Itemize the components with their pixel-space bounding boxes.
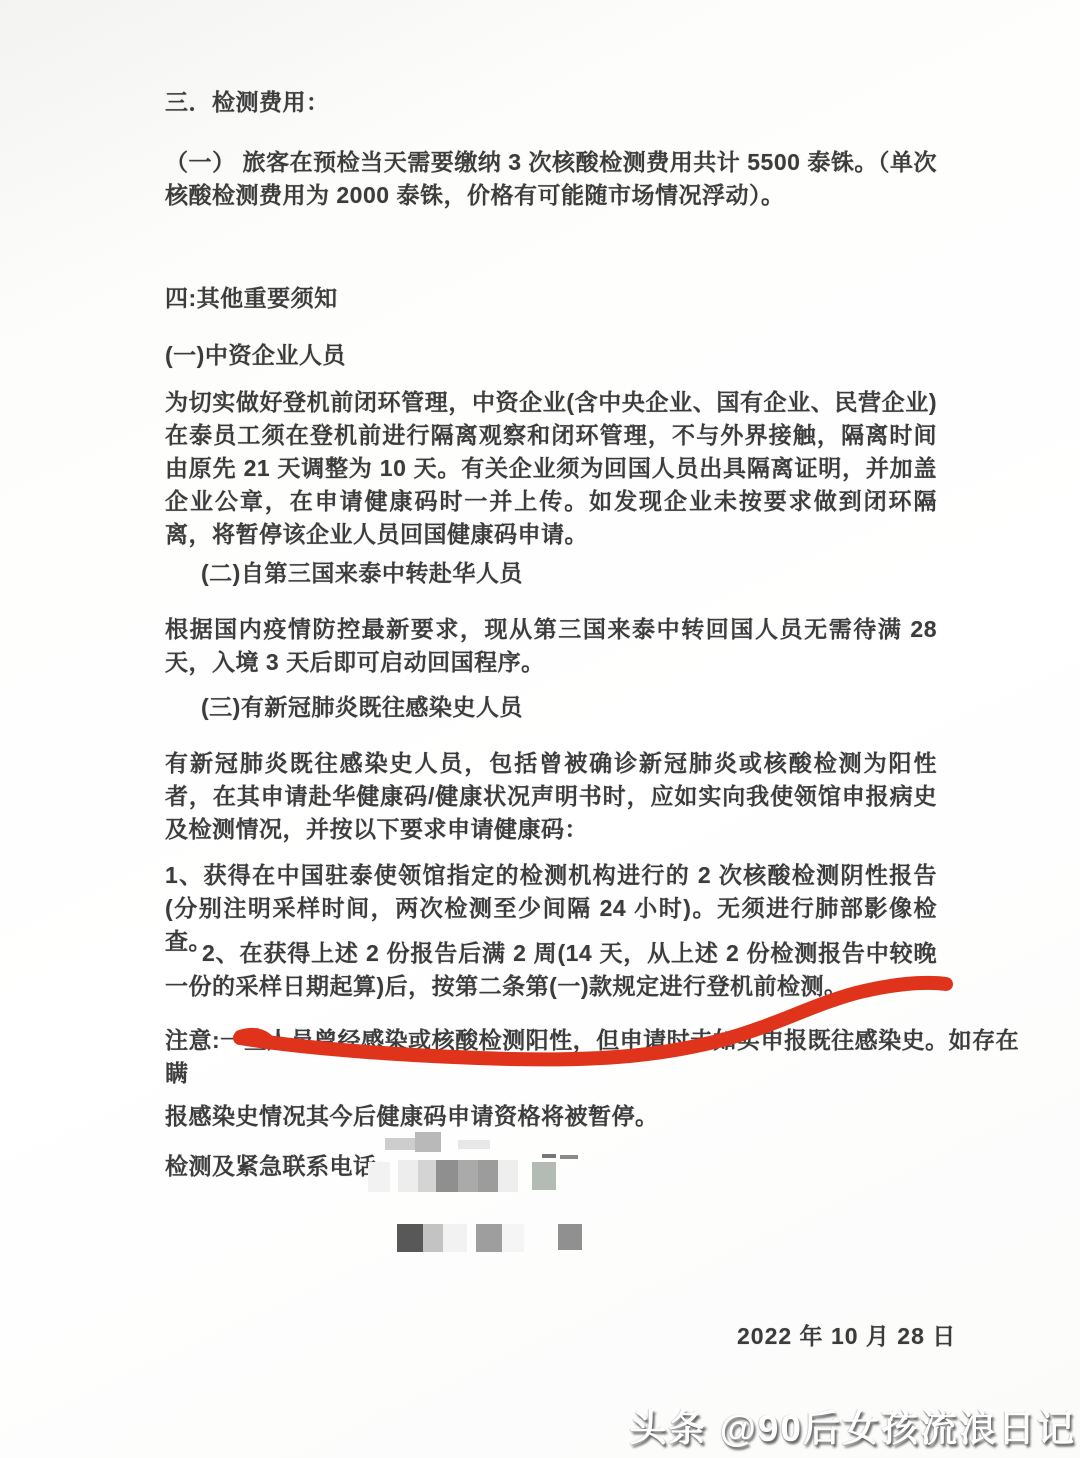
redaction-block xyxy=(458,1160,478,1192)
redaction-block xyxy=(436,1160,458,1192)
note-line-1-wrap: 瞒 xyxy=(165,1057,937,1090)
redaction-block xyxy=(415,1132,441,1152)
section4-sub1-heading: (一)中资企业人员 xyxy=(165,339,937,372)
redaction-block xyxy=(418,1160,436,1192)
redaction-block xyxy=(368,1162,390,1192)
redaction-block xyxy=(476,1224,502,1252)
redaction-block xyxy=(560,1155,578,1159)
section4-heading: 四:其他重要须知 xyxy=(165,282,937,315)
redaction-block xyxy=(397,1224,423,1252)
section4-sub1-paragraph: 为切实做好登机前闭环管理，中资企业(含中央企业、国有企业、民营企业)在泰员工须在… xyxy=(165,386,937,551)
note-line-1: 注意:一些人员曾经感染或核酸检测阳性，但申请时未如实申报既往感染史。如存在 xyxy=(165,1024,937,1057)
section3-fee-paragraph: （一） 旅客在预检当天需要缴纳 3 次核酸检测费用共计 5500 泰铢。（单次核… xyxy=(165,146,937,212)
redaction-block xyxy=(558,1224,582,1250)
redaction-block xyxy=(423,1224,443,1252)
redaction-block xyxy=(385,1138,417,1150)
section4-sub3-paragraph: 有新冠肺炎既往感染史人员，包括曾被确诊新冠肺炎或核酸检测为阳性者，在其申请赴华健… xyxy=(165,747,937,846)
redaction-block xyxy=(532,1162,556,1190)
redaction-block xyxy=(542,1154,556,1158)
redaction-block xyxy=(398,1160,418,1192)
redacted-phone-mosaic xyxy=(360,1128,630,1198)
section3-heading: 三．检测费用： xyxy=(165,86,937,119)
toutiao-watermark: 头条 @90后女孩流浪日记 xyxy=(629,1398,1076,1452)
redaction-block xyxy=(478,1160,498,1192)
document-photo: 三．检测费用： （一） 旅客在预检当天需要缴纳 3 次核酸检测费用共计 5500… xyxy=(0,0,1080,1458)
section4-sub3-heading: (三)有新冠肺炎既往感染史人员 xyxy=(201,691,937,724)
document-date: 2022 年 10 月 28 日 xyxy=(737,1318,956,1351)
redacted-text-mosaic xyxy=(395,1220,595,1254)
requirement-item-2: 2、在获得上述 2 份报告后满 2 周(14 天，从上述 2 份检测报告中较晚一… xyxy=(165,937,937,1003)
redaction-block xyxy=(498,1160,518,1192)
section4-sub2-heading: (二)自第三国来泰中转赴华人员 xyxy=(201,557,937,590)
redaction-block xyxy=(502,1224,524,1252)
section4-sub2-paragraph: 根据国内疫情防控最新要求，现从第三国来泰中转回国人员无需待满 28 天，入境 3… xyxy=(165,613,937,679)
redaction-block xyxy=(458,1140,490,1149)
redaction-block xyxy=(443,1224,467,1252)
